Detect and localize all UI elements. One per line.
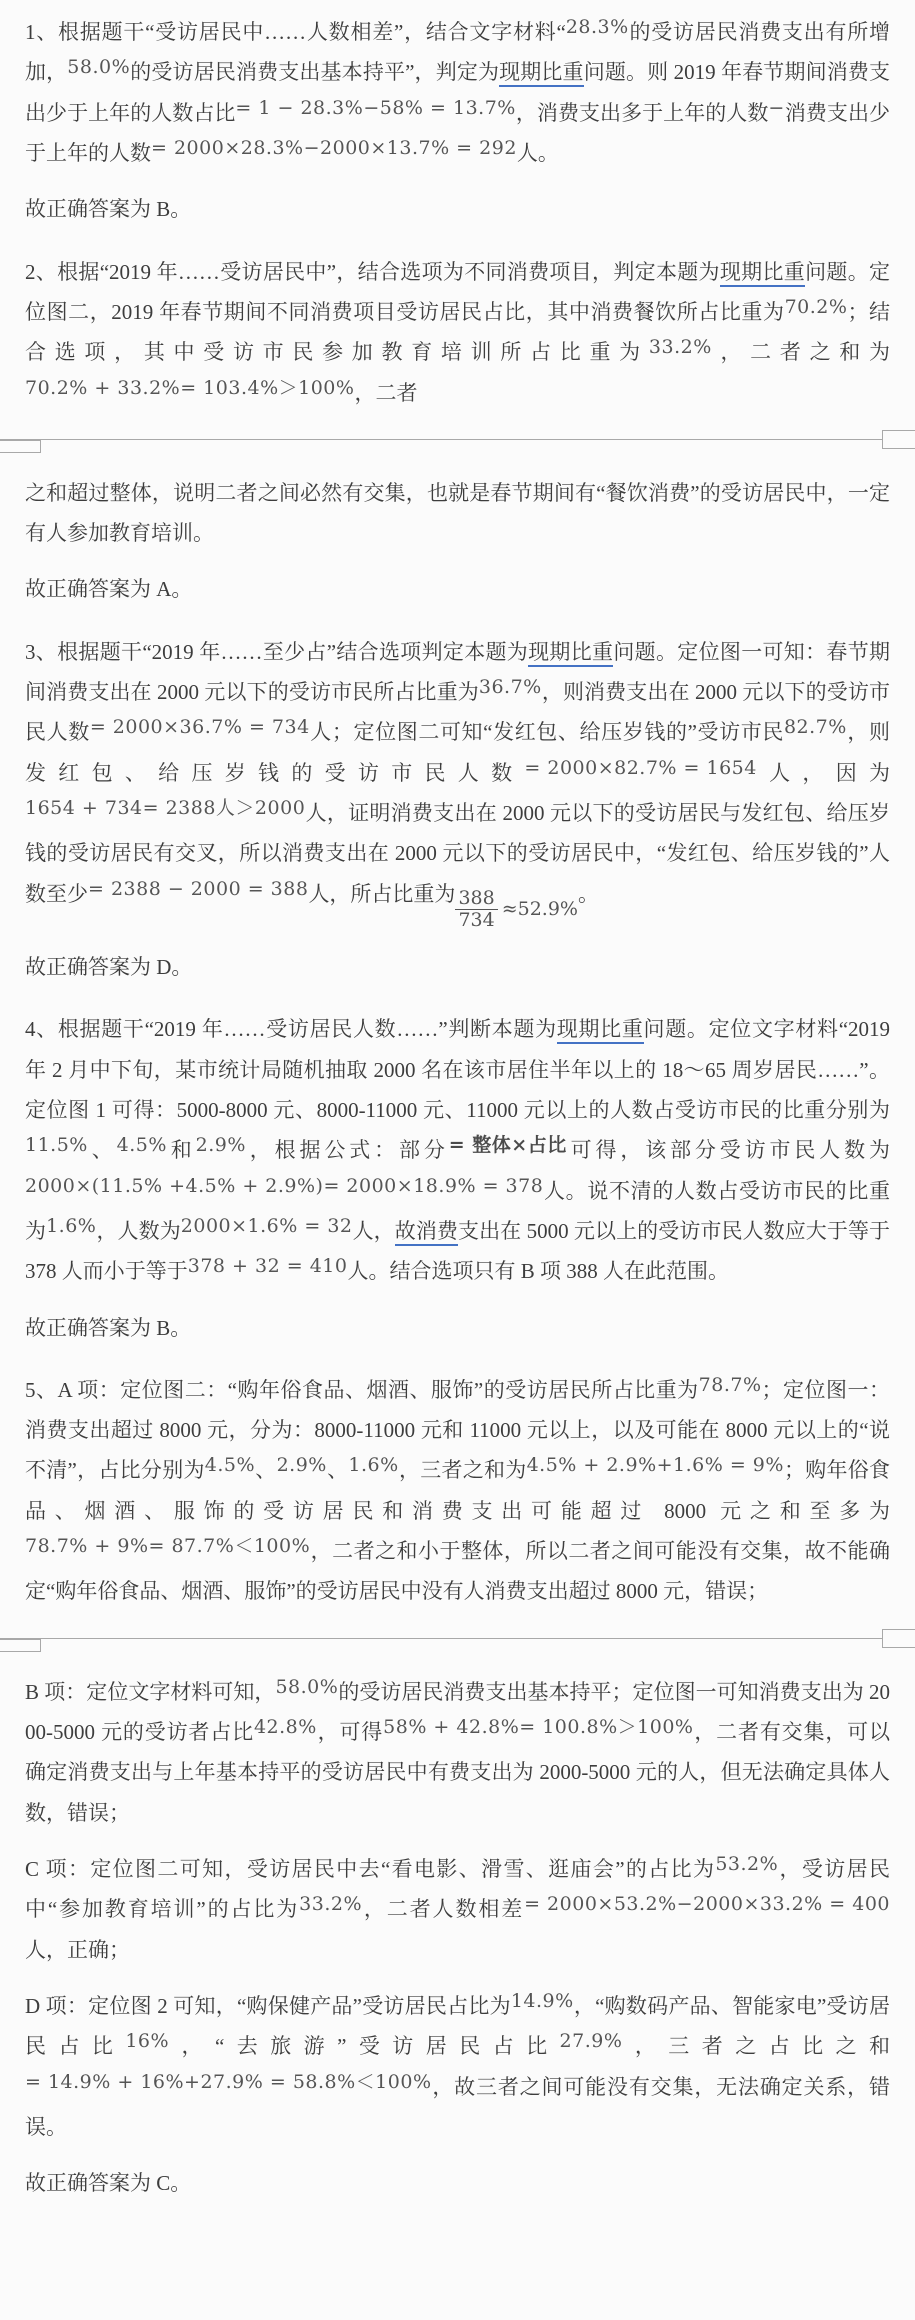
text-run: 2、根据“2019 年……受访居民中”，结合选项为不同消费项目，判定本题为	[25, 260, 720, 284]
formula: = 整体×占比	[449, 1134, 567, 1157]
formula: 1.6%	[46, 1215, 96, 1238]
underlined-term: 现期比重	[720, 260, 805, 287]
answer-line: 故正确答案为 B。	[25, 189, 890, 229]
formula: 53.2%	[715, 1853, 778, 1876]
formula: = 2000×36.7% = 734	[90, 716, 310, 739]
page-break-marker-left	[0, 440, 41, 453]
text-run: ，三者之占比之和	[622, 2034, 890, 2058]
formula: 2.9%	[196, 1134, 246, 1157]
formula: 82.7%	[784, 716, 847, 739]
formula: 2000×(11.5% +4.5% + 2.9%)= 2000×18.9% = …	[25, 1175, 543, 1198]
text-run: 之和超过整体，说明二者之间必然有交集，也就是春节期间有“餐饮消费”的受访居民中，…	[25, 481, 890, 545]
text-run: D 项：定位图 2 可知，“购保健产品”受访居民占比为	[25, 1994, 511, 2018]
underlined-term: 现期比重	[528, 640, 613, 667]
text-run: 故正确答案为 A。	[25, 577, 192, 601]
formula: 4.5%	[117, 1134, 167, 1157]
text-run: 故正确答案为 C。	[25, 2171, 191, 2195]
formula: 378 + 32 = 410	[188, 1255, 348, 1278]
formula: 16%	[125, 2030, 169, 2053]
answer-line: 故正确答案为 C。	[25, 2163, 890, 2203]
page-break-marker-right	[882, 1629, 915, 1648]
fraction-denominator: 734	[455, 909, 497, 931]
text-run: 3、根据题干“2019 年……至少占”结合选项判定本题为	[25, 640, 528, 664]
paragraph: C 项：定位图二可知，受访居民中去“看电影、滑雪、逛庙会”的占比为53.2%，受…	[25, 1849, 890, 1970]
formula: 58.0%	[67, 56, 130, 79]
text-run: 5、A 项：定位图二：“购年俗食品、烟酒、服饰”的受访居民所占比重为	[25, 1378, 699, 1402]
paragraph: 1、根据题干“受访居民中……人数相差”，结合文字材料“28.3%的受访居民消费支…	[25, 12, 890, 173]
text-run: 和	[167, 1138, 196, 1162]
paragraph: 之和超过整体，说明二者之间必然有交集，也就是春节期间有“餐饮消费”的受访居民中，…	[25, 473, 890, 554]
formula: 58.0%	[275, 1676, 338, 1699]
text-run: 人，正确；	[25, 1938, 130, 1962]
text-run: 人，因为	[757, 761, 890, 785]
page-break	[0, 429, 915, 455]
text-run: 。	[578, 882, 599, 906]
text-run: 、	[255, 1458, 277, 1482]
text-run: ，二者之和为	[712, 340, 890, 364]
text-run: C 项：定位图二可知，受访居民中去“看电影、滑雪、逛庙会”的占比为	[25, 1857, 715, 1881]
paragraph: B 项：定位文字材料可知，58.0%的受访居民消费支出基本持平；定位图一可知消费…	[25, 1672, 890, 1833]
text-run: ，可得	[317, 1720, 383, 1744]
page-break	[0, 1628, 915, 1654]
text-run: ，二者人数相差	[362, 1897, 524, 1921]
formula: 33.2%	[299, 1893, 362, 1916]
text-run: 、	[327, 1458, 349, 1482]
text-run: 人；定位图二可知“发红包、给压岁钱的”受访市民	[310, 720, 784, 744]
text-run: 故正确答案为 B。	[25, 1316, 191, 1340]
document-body: 1、根据题干“受访居民中……人数相差”，结合文字材料“28.3%的受访居民消费支…	[0, 0, 915, 2235]
text-run: 、	[88, 1138, 117, 1162]
text-run: ，二者	[354, 381, 417, 405]
answer-line: 故正确答案为 A。	[25, 569, 890, 609]
underlined-term: 故消费	[395, 1219, 458, 1246]
paragraph: 4、根据题干“2019 年……受访居民人数……”判断本题为现期比重问题。定位文字…	[25, 1009, 890, 1291]
text-run: ，人数为	[96, 1219, 180, 1243]
text-run: 故正确答案为 B。	[25, 197, 191, 221]
text-run: 人。	[517, 141, 559, 165]
text-run: 可得，该部分受访市民人数为	[567, 1138, 890, 1162]
formula: = 2000×53.2%−2000×33.2% = 400	[524, 1893, 890, 1916]
formula: 42.8%	[254, 1716, 317, 1739]
formula: 27.9%	[560, 2030, 623, 2053]
formula: 78.7% + 9%= 87.7%＜100%	[25, 1535, 310, 1558]
page-break-line	[0, 439, 915, 440]
text-run: 人，	[353, 1219, 395, 1243]
text-run: 人。结合选项只有 B 项 388 人在此范围。	[347, 1259, 729, 1283]
formula: 4.5%	[205, 1454, 255, 1477]
formula: 58% + 42.8%= 100.8%＞100%	[383, 1716, 693, 1739]
answer-line: 故正确答案为 B。	[25, 1308, 890, 1348]
text-run: B 项：定位文字材料可知，	[25, 1680, 275, 1704]
formula: 11.5%	[25, 1134, 88, 1157]
paragraph: D 项：定位图 2 可知，“购保健产品”受访居民占比为14.9%，“购数码产品、…	[25, 1986, 890, 2147]
page-break-marker-left	[0, 1639, 41, 1652]
fraction-numerator: 388	[455, 888, 497, 909]
text-run: 1、根据题干“受访居民中……人数相差”，结合文字材料“	[25, 20, 566, 44]
text-run: 故正确答案为 D。	[25, 955, 192, 979]
fraction-tail: ≈52.9%	[502, 899, 578, 920]
formula: 14.9%	[511, 1990, 574, 2013]
page-break-marker-right	[882, 430, 915, 449]
paragraph: 3、根据题干“2019 年……至少占”结合选项判定本题为现期比重问题。定位图一可…	[25, 632, 890, 931]
text-run: ，“去旅游”受访居民占比	[169, 2034, 559, 2058]
formula: 2000×1.6% = 32	[181, 1215, 353, 1238]
formula: 1654 + 734= 2388人＞2000	[25, 797, 305, 820]
text-run: ，根据公式：部分	[246, 1138, 449, 1162]
formula: = 1 − 28.3%−58% = 13.7%	[235, 97, 515, 120]
formula: 4.5% + 2.9%+1.6% = 9%	[527, 1454, 784, 1477]
page-break-line	[0, 1638, 915, 1639]
formula: 33.2%	[649, 336, 712, 359]
formula: = 2000×28.3%−2000×13.7% = 292	[151, 137, 517, 160]
formula: 1.6%	[348, 1454, 398, 1477]
answer-line: 故正确答案为 D。	[25, 947, 890, 987]
text-run: 4、根据题干“2019 年……受访居民人数……”判断本题为	[25, 1017, 557, 1041]
formula: −	[768, 97, 784, 120]
text-run: ，三者之和为	[399, 1458, 527, 1482]
underlined-term: 现期比重	[557, 1017, 644, 1044]
text-run: ，消费支出多于上年的人数	[516, 101, 769, 125]
formula: 2.9%	[277, 1454, 327, 1477]
formula: 28.3%	[566, 16, 629, 39]
formula: 36.7%	[479, 676, 542, 699]
formula: = 14.9% + 16%+27.9% = 58.8%＜100%	[25, 2071, 432, 2094]
formula: 70.2%	[785, 296, 848, 319]
formula: 70.2% + 33.2%= 103.4%＞100%	[25, 377, 354, 400]
text-run: 的受访居民消费支出基本持平”，判定为	[130, 60, 499, 84]
text-run: 人，所占比重为	[308, 882, 455, 906]
formula: = 2388 − 2000 = 388	[88, 878, 308, 901]
paragraph: 2、根据“2019 年……受访居民中”，结合选项为不同消费项目，判定本题为现期比…	[25, 252, 890, 413]
underlined-term: 现期比重	[499, 60, 584, 87]
formula: = 2000×82.7% = 1654	[524, 757, 756, 780]
formula: 78.7%	[699, 1374, 762, 1397]
paragraph: 5、A 项：定位图二：“购年俗食品、烟酒、服饰”的受访居民所占比重为78.7%；…	[25, 1370, 890, 1612]
fraction: 388734≈52.9%	[455, 888, 578, 931]
